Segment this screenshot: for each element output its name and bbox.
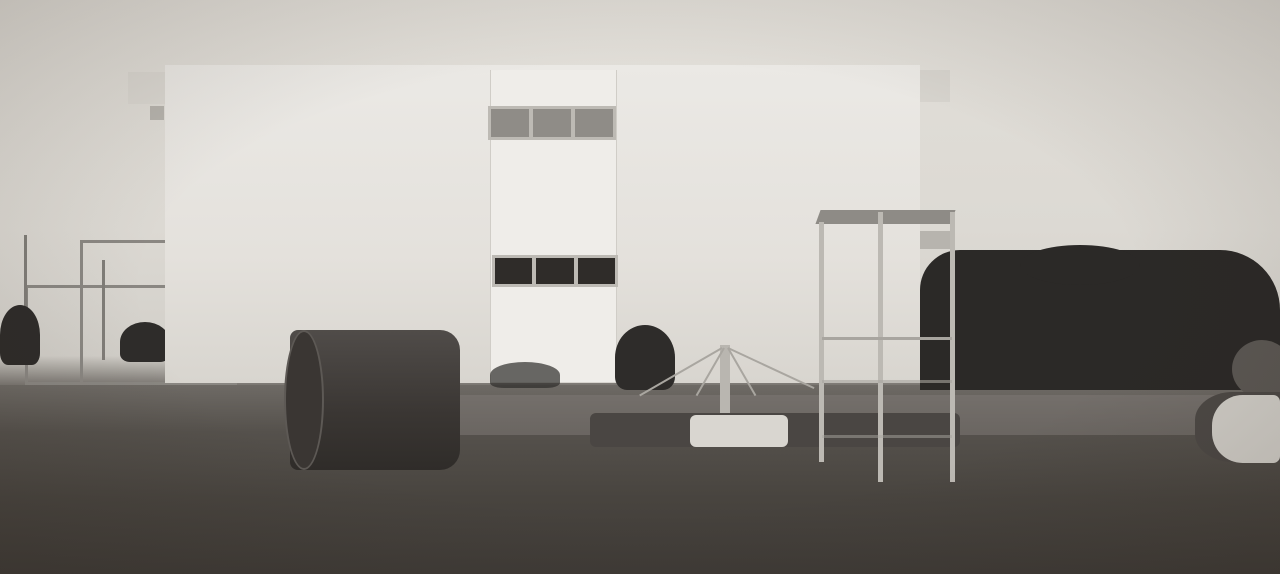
photograph — [0, 0, 1280, 574]
vignette — [0, 0, 1280, 574]
